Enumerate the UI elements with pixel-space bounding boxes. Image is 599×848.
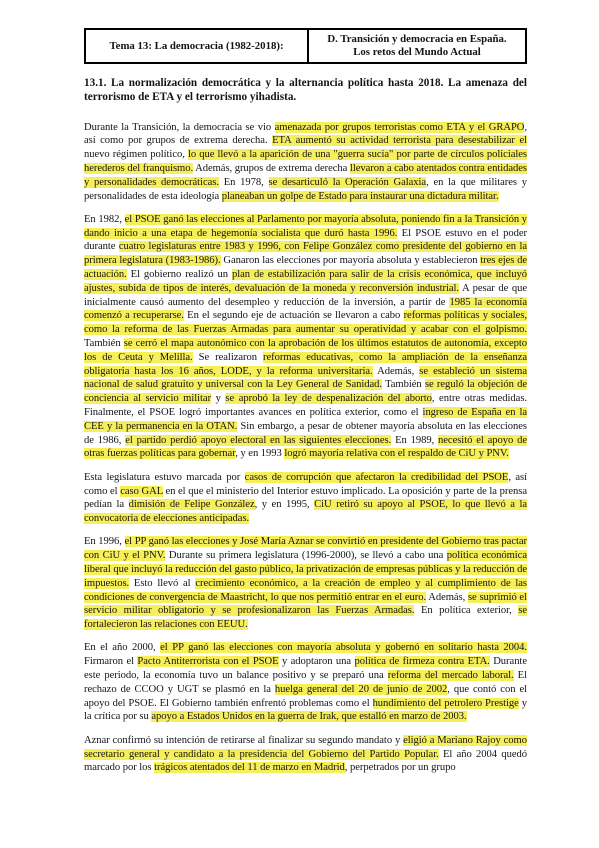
text-run: , perpetrados por un grupo [345, 762, 456, 773]
highlighted-text: el partido perdió apoyo electoral en las… [125, 435, 391, 446]
paragraph: En el año 2000, el PP ganó las eleccione… [84, 641, 527, 724]
text-run: nuevo régimen político, [84, 149, 188, 160]
document-body: Durante la Transición, la democracia se … [84, 121, 527, 776]
text-run: Ganaron las elecciones por mayoría absol… [221, 255, 481, 266]
text-run: , y en 1993 [235, 448, 284, 459]
text-run: Firmaron el [84, 656, 137, 667]
text-run: Durante la Transición, la democracia se … [84, 122, 275, 133]
highlighted-text: el PP ganó las elecciones con mayoría ab… [160, 642, 527, 653]
highlighted-text: se desarticuló la Operación Galaxia [269, 177, 427, 188]
header-right-cell: D. Transición y democracia en España. Lo… [307, 30, 525, 62]
text-run: En el año 2000, [84, 642, 160, 653]
text-run: Durante su primera legislatura (1996-200… [165, 550, 446, 561]
paragraph: Aznar confirmó su intención de retirarse… [84, 734, 527, 775]
highlighted-text: hundimiento del petrolero Prestige [373, 698, 519, 709]
text-run: En 1982, [84, 214, 125, 225]
text-run: Esta legislatura estuvo marcada por [84, 472, 245, 483]
text-run: Además, [373, 366, 420, 377]
text-run: En 1996, [84, 536, 125, 547]
text-run: En el segundo eje de actuación se llevar… [184, 310, 404, 321]
highlighted-text: planeaban un golpe de Estado para instau… [222, 191, 499, 202]
paragraph: En 1982, el PSOE ganó las elecciones al … [84, 213, 527, 461]
highlighted-text: logró mayoría relativa con el respaldo d… [284, 448, 508, 459]
text-run: El gobierno realizó un [127, 269, 232, 280]
header-left-cell: Tema 13: La democracia (1982-2018): [86, 30, 307, 62]
header-table: Tema 13: La democracia (1982-2018): D. T… [84, 28, 527, 64]
highlighted-text: dimisión de Felipe González [129, 499, 255, 510]
paragraph: Esta legislatura estuvo marcada por caso… [84, 471, 527, 526]
header-right-line1: D. Transición y democracia en España. [327, 33, 506, 46]
paragraph: En 1996, el PP ganó las elecciones y Jos… [84, 535, 527, 632]
highlighted-text: política de firmeza contra ETA. [355, 656, 490, 667]
header-right-line2: Los retos del Mundo Actual [353, 46, 481, 59]
highlighted-text: Pacto Antiterrorista con el PSOE [137, 656, 278, 667]
highlighted-text: casos de corrupción que afectaron la cre… [245, 472, 509, 483]
text-run: y [211, 393, 225, 404]
document-page: Tema 13: La democracia (1982-2018): D. T… [0, 0, 599, 848]
text-run: También [382, 379, 425, 390]
highlighted-text: amenazada por grupos terroristas como ET… [275, 122, 525, 133]
paragraph: Durante la Transición, la democracia se … [84, 121, 527, 204]
highlighted-text: apoyo a Estados Unidos en la guerra de I… [151, 711, 466, 722]
text-run: Además, grupos de extrema derecha [193, 163, 350, 174]
highlighted-text: trágicos atentados del 11 de marzo en Ma… [154, 762, 345, 773]
highlighted-text: huelga general del 20 de junio de 2002 [275, 684, 447, 695]
header-left-title: Tema 13: La democracia (1982-2018): [109, 40, 283, 53]
highlighted-text: ETA aumentó su actividad terrorista para… [272, 135, 527, 146]
highlighted-text: reforma del mercado laboral. [388, 670, 514, 681]
text-run: En 1978, [219, 177, 269, 188]
highlighted-text: caso GAL [120, 486, 163, 497]
text-run: Se realizaron [193, 352, 263, 363]
text-run: y adoptaron una [279, 656, 355, 667]
text-run: Esto llevó al [129, 578, 195, 589]
text-run: Además, [426, 592, 468, 603]
text-run: En 1989, [391, 435, 438, 446]
highlighted-text: se aprobó la ley de despenalización del … [225, 393, 431, 404]
text-run: También [84, 338, 124, 349]
text-run: , y en 1995, [255, 499, 315, 510]
section-title: 13.1. La normalización democrática y la … [84, 77, 527, 105]
text-run: Aznar confirmó su intención de retirarse… [84, 735, 403, 746]
text-run: En política exterior, [414, 605, 518, 616]
